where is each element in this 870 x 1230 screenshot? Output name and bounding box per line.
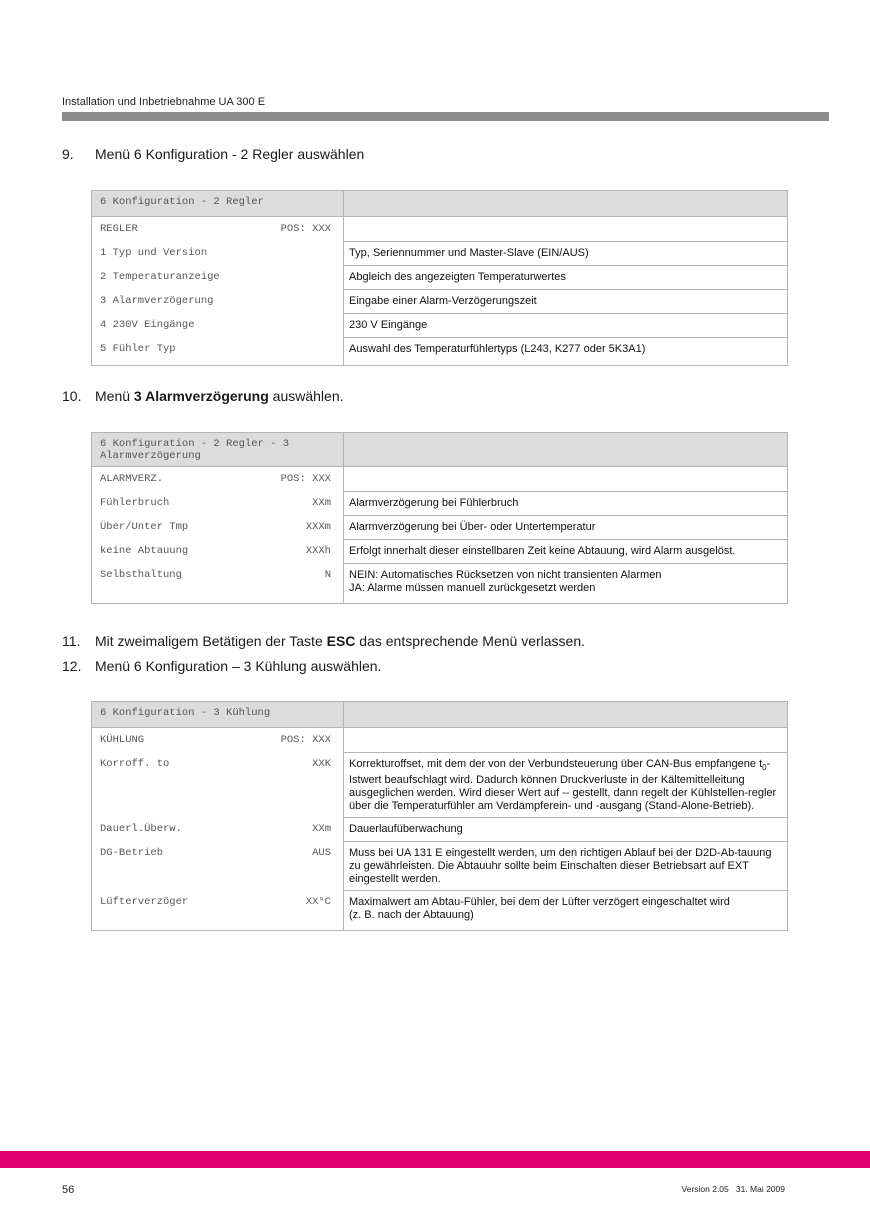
- step-emphasis: 3 Alarmverzögerung: [134, 388, 269, 404]
- parameter-description: [344, 217, 788, 242]
- parameter-label: DG-Betrieb: [100, 846, 163, 860]
- parameter-label: Korroff. to: [100, 757, 169, 771]
- table-row: 5 Fühler TypAuswahl des Temperaturfühler…: [92, 337, 788, 366]
- header-empty-cell: [344, 433, 788, 467]
- step-10: 10.Menü 3 Alarmverzögerung auswählen.: [62, 388, 344, 404]
- parameter-label: 3 Alarmverzögerung: [100, 294, 213, 308]
- table-row: FühlerbruchXXmAlarmverzögerung bei Fühle…: [92, 491, 788, 515]
- parameter-description: Dauerlaufüberwachung: [344, 817, 788, 841]
- parameter-label: 4 230V Eingänge: [100, 318, 195, 332]
- parameter-description: Korrekturoffset, mit dem der von der Ver…: [344, 752, 788, 817]
- parameter-value: AUS: [312, 846, 331, 860]
- table-row: 2 TemperaturanzeigeAbgleich des angezeig…: [92, 265, 788, 289]
- parameter-label: keine Abtauung: [100, 544, 188, 558]
- table-row: Über/Unter TmpXXXmAlarmverzögerung bei Ü…: [92, 515, 788, 539]
- parameter-label: Dauerl.Überw.: [100, 822, 182, 836]
- menu-table-kuehlung: 6 Konfiguration - 3 KühlungKÜHLUNGPOS: X…: [91, 701, 788, 931]
- step-11: 11.Mit zweimaligem Betätigen der Taste E…: [62, 633, 585, 649]
- menu-parameter: 3 Alarmverzögerung: [92, 289, 344, 313]
- parameter-label: Über/Unter Tmp: [100, 520, 188, 534]
- parameter-value: XXm: [312, 496, 331, 510]
- parameter-description: 230 V Eingänge: [344, 313, 788, 337]
- parameter-value: POS: XXX: [281, 472, 331, 486]
- table-header-row: 6 Konfiguration - 2 Regler - 3 Alarmverz…: [92, 433, 788, 467]
- table-row: LüfterverzögerXX°CMaximalwert am Abtau-F…: [92, 890, 788, 930]
- step-text: Menü 6 Konfiguration - 2 Regler auswähle…: [95, 146, 364, 162]
- parameter-description: Alarmverzögerung bei Fühlerbruch: [344, 491, 788, 515]
- step-emphasis: ESC: [327, 633, 356, 649]
- parameter-value: XXm: [312, 822, 331, 836]
- table-row: 3 AlarmverzögerungEingabe einer Alarm-Ve…: [92, 289, 788, 313]
- parameter-label: Fühlerbruch: [100, 496, 169, 510]
- menu-path: 6 Konfiguration - 2 Regler: [92, 191, 344, 217]
- menu-parameter: REGLERPOS: XXX: [92, 217, 344, 242]
- parameter-description: [344, 467, 788, 492]
- parameter-value: XXK: [312, 757, 331, 771]
- version-info: Version 2.05 31. Mai 2009: [682, 1184, 786, 1194]
- menu-path: 6 Konfiguration - 3 Kühlung: [92, 702, 344, 728]
- table-row: REGLERPOS: XXX: [92, 217, 788, 242]
- step-text: Menü: [95, 388, 134, 404]
- menu-parameter: Dauerl.Überw.XXm: [92, 817, 344, 841]
- parameter-value: XX°C: [306, 895, 331, 909]
- step-number: 10.: [62, 388, 95, 404]
- parameter-value: XXXm: [306, 520, 331, 534]
- running-title: Installation und Inbetriebnahme UA 300 E: [62, 96, 265, 108]
- table-header-row: 6 Konfiguration - 3 Kühlung: [92, 702, 788, 728]
- menu-parameter: 2 Temperaturanzeige: [92, 265, 344, 289]
- step-text: Menü 6 Konfiguration – 3 Kühlung auswähl…: [95, 658, 381, 674]
- parameter-label: ALARMVERZ.: [100, 472, 163, 486]
- step-text: auswählen.: [269, 388, 344, 404]
- table-row: Dauerl.Überw.XXmDauerlaufüberwachung: [92, 817, 788, 841]
- parameter-description: Muss bei UA 131 E eingestellt werden, um…: [344, 841, 788, 890]
- parameter-description: Erfolgt innerhalt dieser einstellbaren Z…: [344, 539, 788, 563]
- menu-parameter: ALARMVERZ.POS: XXX: [92, 467, 344, 492]
- menu-parameter: LüfterverzögerXX°C: [92, 890, 344, 930]
- table-header-row: 6 Konfiguration - 2 Regler: [92, 191, 788, 217]
- menu-path: 6 Konfiguration - 2 Regler - 3 Alarmverz…: [92, 433, 344, 467]
- menu-parameter: FühlerbruchXXm: [92, 491, 344, 515]
- step-number: 11.: [62, 633, 95, 649]
- menu-parameter: 4 230V Eingänge: [92, 313, 344, 337]
- parameter-description: Typ, Seriennummer und Master-Slave (EIN/…: [344, 241, 788, 265]
- step-text: Mit zweimaligem Betätigen der Taste: [95, 633, 327, 649]
- parameter-label: 1 Typ und Version: [100, 246, 207, 260]
- step-12: 12.Menü 6 Konfiguration – 3 Kühlung ausw…: [62, 658, 381, 674]
- table-row: keine AbtauungXXXhErfolgt innerhalt dies…: [92, 539, 788, 563]
- table-row: 4 230V Eingänge230 V Eingänge: [92, 313, 788, 337]
- menu-parameter: Korroff. toXXK: [92, 752, 344, 817]
- parameter-description: Alarmverzögerung bei Über- oder Untertem…: [344, 515, 788, 539]
- step-text: das entsprechende Menü verlassen.: [355, 633, 585, 649]
- parameter-value: XXXh: [306, 544, 331, 558]
- parameter-description: Abgleich des angezeigten Temperaturwerte…: [344, 265, 788, 289]
- parameter-value: N: [325, 568, 331, 582]
- header-empty-cell: [344, 702, 788, 728]
- parameter-label: Lüfterverzöger: [100, 895, 188, 909]
- step-9: 9.Menü 6 Konfiguration - 2 Regler auswäh…: [62, 146, 364, 162]
- parameter-description: [344, 728, 788, 753]
- step-number: 12.: [62, 658, 95, 674]
- menu-parameter: SelbsthaltungN: [92, 563, 344, 603]
- table-row: DG-BetriebAUSMuss bei UA 131 E eingestel…: [92, 841, 788, 890]
- footer-accent-bar: [0, 1151, 870, 1168]
- parameter-description: Auswahl des Temperaturfühlertyps (L243, …: [344, 337, 788, 366]
- parameter-value: POS: XXX: [281, 222, 331, 236]
- header-empty-cell: [344, 191, 788, 217]
- table-row: KÜHLUNGPOS: XXX: [92, 728, 788, 753]
- step-number: 9.: [62, 146, 95, 162]
- menu-parameter: DG-BetriebAUS: [92, 841, 344, 890]
- table-row: ALARMVERZ.POS: XXX: [92, 467, 788, 492]
- table-row: 1 Typ und VersionTyp, Seriennummer und M…: [92, 241, 788, 265]
- menu-parameter: KÜHLUNGPOS: XXX: [92, 728, 344, 753]
- parameter-label: 2 Temperaturanzeige: [100, 270, 220, 284]
- menu-table-regler: 6 Konfiguration - 2 ReglerREGLERPOS: XXX…: [91, 190, 788, 366]
- menu-parameter: 5 Fühler Typ: [92, 337, 344, 366]
- page-number: 56: [62, 1184, 74, 1196]
- parameter-description: Eingabe einer Alarm-Verzögerungszeit: [344, 289, 788, 313]
- menu-parameter: Über/Unter TmpXXXm: [92, 515, 344, 539]
- header-divider-bar: [62, 112, 829, 121]
- menu-parameter: 1 Typ und Version: [92, 241, 344, 265]
- parameter-label: REGLER: [100, 222, 138, 236]
- parameter-label: KÜHLUNG: [100, 733, 144, 747]
- parameter-value: POS: XXX: [281, 733, 331, 747]
- menu-parameter: keine AbtauungXXXh: [92, 539, 344, 563]
- parameter-label: 5 Fühler Typ: [100, 342, 176, 356]
- parameter-description: Maximalwert am Abtau-Fühler, bei dem der…: [344, 890, 788, 930]
- parameter-label: Selbsthaltung: [100, 568, 182, 582]
- table-row: SelbsthaltungNNEIN: Automatisches Rückse…: [92, 563, 788, 603]
- menu-table-alarmverzoegerung: 6 Konfiguration - 2 Regler - 3 Alarmverz…: [91, 432, 788, 604]
- parameter-description: NEIN: Automatisches Rücksetzen von nicht…: [344, 563, 788, 603]
- table-row: Korroff. toXXKKorrekturoffset, mit dem d…: [92, 752, 788, 817]
